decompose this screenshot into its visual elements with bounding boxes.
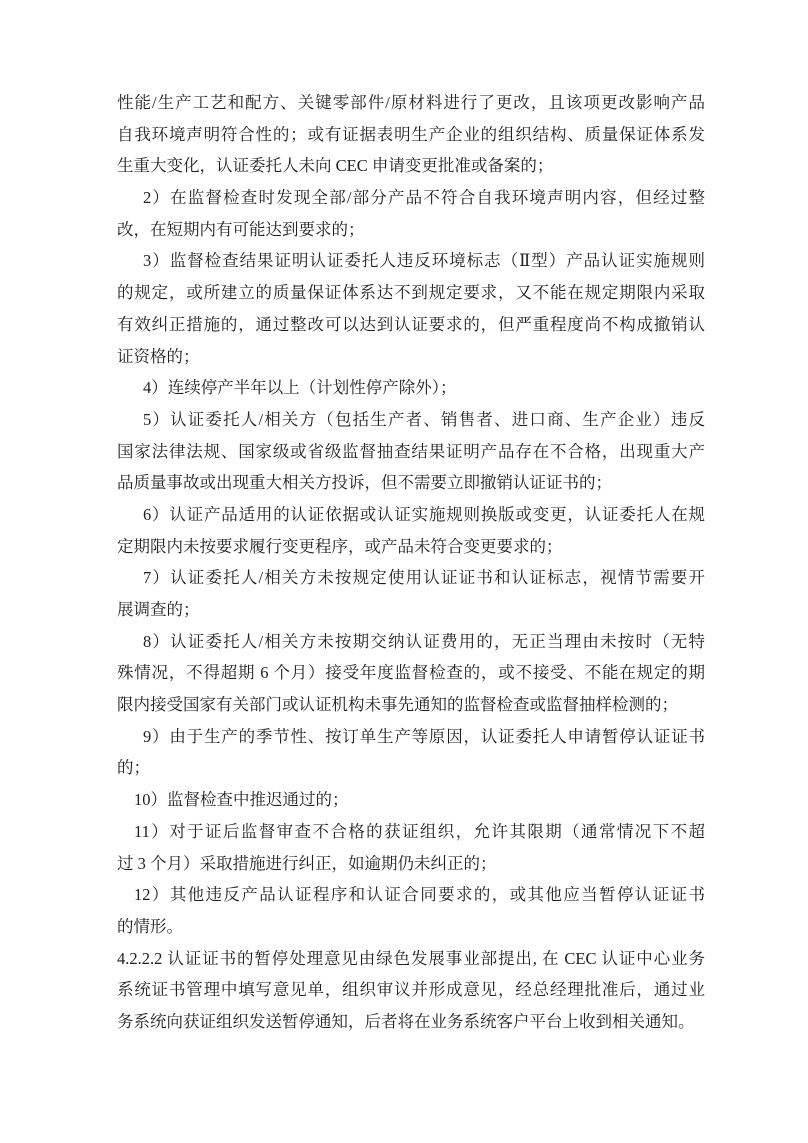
document-text-block: 性能/生产工艺和配方、关键零部件/原材料进行了更改，且该项更改影响产品 自我环境… xyxy=(117,87,705,1038)
text-line: 的规定，或所建立的质量保证体系达不到规定要求，又不能在规定期限内采取 xyxy=(117,277,705,309)
text-line: 殊情况，不得超期 6 个月）接受年度监督检查的，或不接受、不能在规定的期 xyxy=(117,657,705,689)
text-line: 的； xyxy=(117,752,705,784)
paragraph-carryover: 性能/生产工艺和配方、关键零部件/原材料进行了更改，且该项更改影响产品 自我环境… xyxy=(117,87,705,182)
clause-item-5: 5）认证委托人/相关方（包括生产者、销售者、进口商、生产企业）违反 国家法律法规… xyxy=(117,404,705,499)
text-line: 系统证书管理中填写意见单，组织审议并形成意见，经总经理批准后，通过业 xyxy=(117,974,705,1006)
document-page: 性能/生产工艺和配方、关键零部件/原材料进行了更改，且该项更改影响产品 自我环境… xyxy=(0,0,808,1143)
text-line: 11）对于证后监督审查不合格的获证组织，允许其限期（通常情况下不超 xyxy=(117,816,705,848)
clause-item-8: 8）认证委托人/相关方未按期交纳认证费用的，无正当理由未按时（无特 殊情况，不得… xyxy=(117,626,705,721)
text-line: 10）监督检查中推迟通过的； xyxy=(117,784,705,816)
text-line: 5）认证委托人/相关方（包括生产者、销售者、进口商、生产企业）违反 xyxy=(117,404,705,436)
text-line: 性能/生产工艺和配方、关键零部件/原材料进行了更改，且该项更改影响产品 xyxy=(117,87,705,119)
text-line: 6）认证产品适用的认证依据或认证实施规则换版或变更，认证委托人在规 xyxy=(117,499,705,531)
text-line: 限内接受国家有关部门或认证机构未事先通知的监督检查或监督抽样检测的； xyxy=(117,689,705,721)
text-line: 4.2.2.2 认证证书的暂停处理意见由绿色发展事业部提出, 在 CEC 认证中… xyxy=(117,943,705,975)
clause-item-4: 4）连续停产半年以上（计划性停产除外）； xyxy=(117,372,705,404)
text-line: 证资格的； xyxy=(117,341,705,373)
clause-item-10: 10）监督检查中推迟通过的； xyxy=(117,784,705,816)
text-line: 7）认证委托人/相关方未按规定使用认证证书和认证标志，视情节需要开 xyxy=(117,562,705,594)
text-line: 2）在监督检查时发现全部/部分产品不符合自我环境声明内容，但经过整 xyxy=(117,182,705,214)
text-line: 自我环境声明符合性的；或有证据表明生产企业的组织结构、质量保证体系发 xyxy=(117,119,705,151)
clause-item-6: 6）认证产品适用的认证依据或认证实施规则换版或变更，认证委托人在规 定期限内未按… xyxy=(117,499,705,562)
text-line: 展调查的； xyxy=(117,594,705,626)
text-line: 务系统向获证组织发送暂停通知，后者将在业务系统客户平台上收到相关通知。 xyxy=(117,1006,705,1038)
text-line: 8）认证委托人/相关方未按期交纳认证费用的，无正当理由未按时（无特 xyxy=(117,626,705,658)
section-4222-paragraph: 4.2.2.2 认证证书的暂停处理意见由绿色发展事业部提出, 在 CEC 认证中… xyxy=(117,943,705,1038)
text-line: 3）监督检查结果证明认证委托人违反环境标志（Ⅱ型）产品认证实施规则 xyxy=(117,245,705,277)
text-line: 12）其他违反产品认证程序和认证合同要求的，或其他应当暂停认证证书 xyxy=(117,879,705,911)
clause-item-11: 11）对于证后监督审查不合格的获证组织，允许其限期（通常情况下不超 过 3 个月… xyxy=(117,816,705,879)
clause-item-2: 2）在监督检查时发现全部/部分产品不符合自我环境声明内容，但经过整 改，在短期内… xyxy=(117,182,705,245)
clause-item-7: 7）认证委托人/相关方未按规定使用认证证书和认证标志，视情节需要开 展调查的； xyxy=(117,562,705,625)
text-line: 过 3 个月）采取措施进行纠正，如逾期仍未纠正的； xyxy=(117,848,705,880)
text-line: 品质量事故或出现重大相关方投诉，但不需要立即撤销认证证书的； xyxy=(117,467,705,499)
text-line: 国家法律法规、国家级或省级监督抽查结果证明产品存在不合格，出现重大产 xyxy=(117,436,705,468)
text-line: 改，在短期内有可能达到要求的； xyxy=(117,214,705,246)
text-line: 9）由于生产的季节性、按订单生产等原因，认证委托人申请暂停认证证书 xyxy=(117,721,705,753)
text-line: 生重大变化，认证委托人未向 CEC 申请变更批准或备案的； xyxy=(117,150,705,182)
text-line: 4）连续停产半年以上（计划性停产除外）； xyxy=(117,372,705,404)
clause-item-3: 3）监督检查结果证明认证委托人违反环境标志（Ⅱ型）产品认证实施规则 的规定，或所… xyxy=(117,245,705,372)
clause-item-12: 12）其他违反产品认证程序和认证合同要求的，或其他应当暂停认证证书 的情形。 xyxy=(117,879,705,942)
text-line: 的情形。 xyxy=(117,911,705,943)
text-line: 定期限内未按要求履行变更程序，或产品未符合变更要求的； xyxy=(117,531,705,563)
text-line: 有效纠正措施的，通过整改可以达到认证要求的，但严重程度尚不构成撤销认 xyxy=(117,309,705,341)
clause-item-9: 9）由于生产的季节性、按订单生产等原因，认证委托人申请暂停认证证书 的； xyxy=(117,721,705,784)
